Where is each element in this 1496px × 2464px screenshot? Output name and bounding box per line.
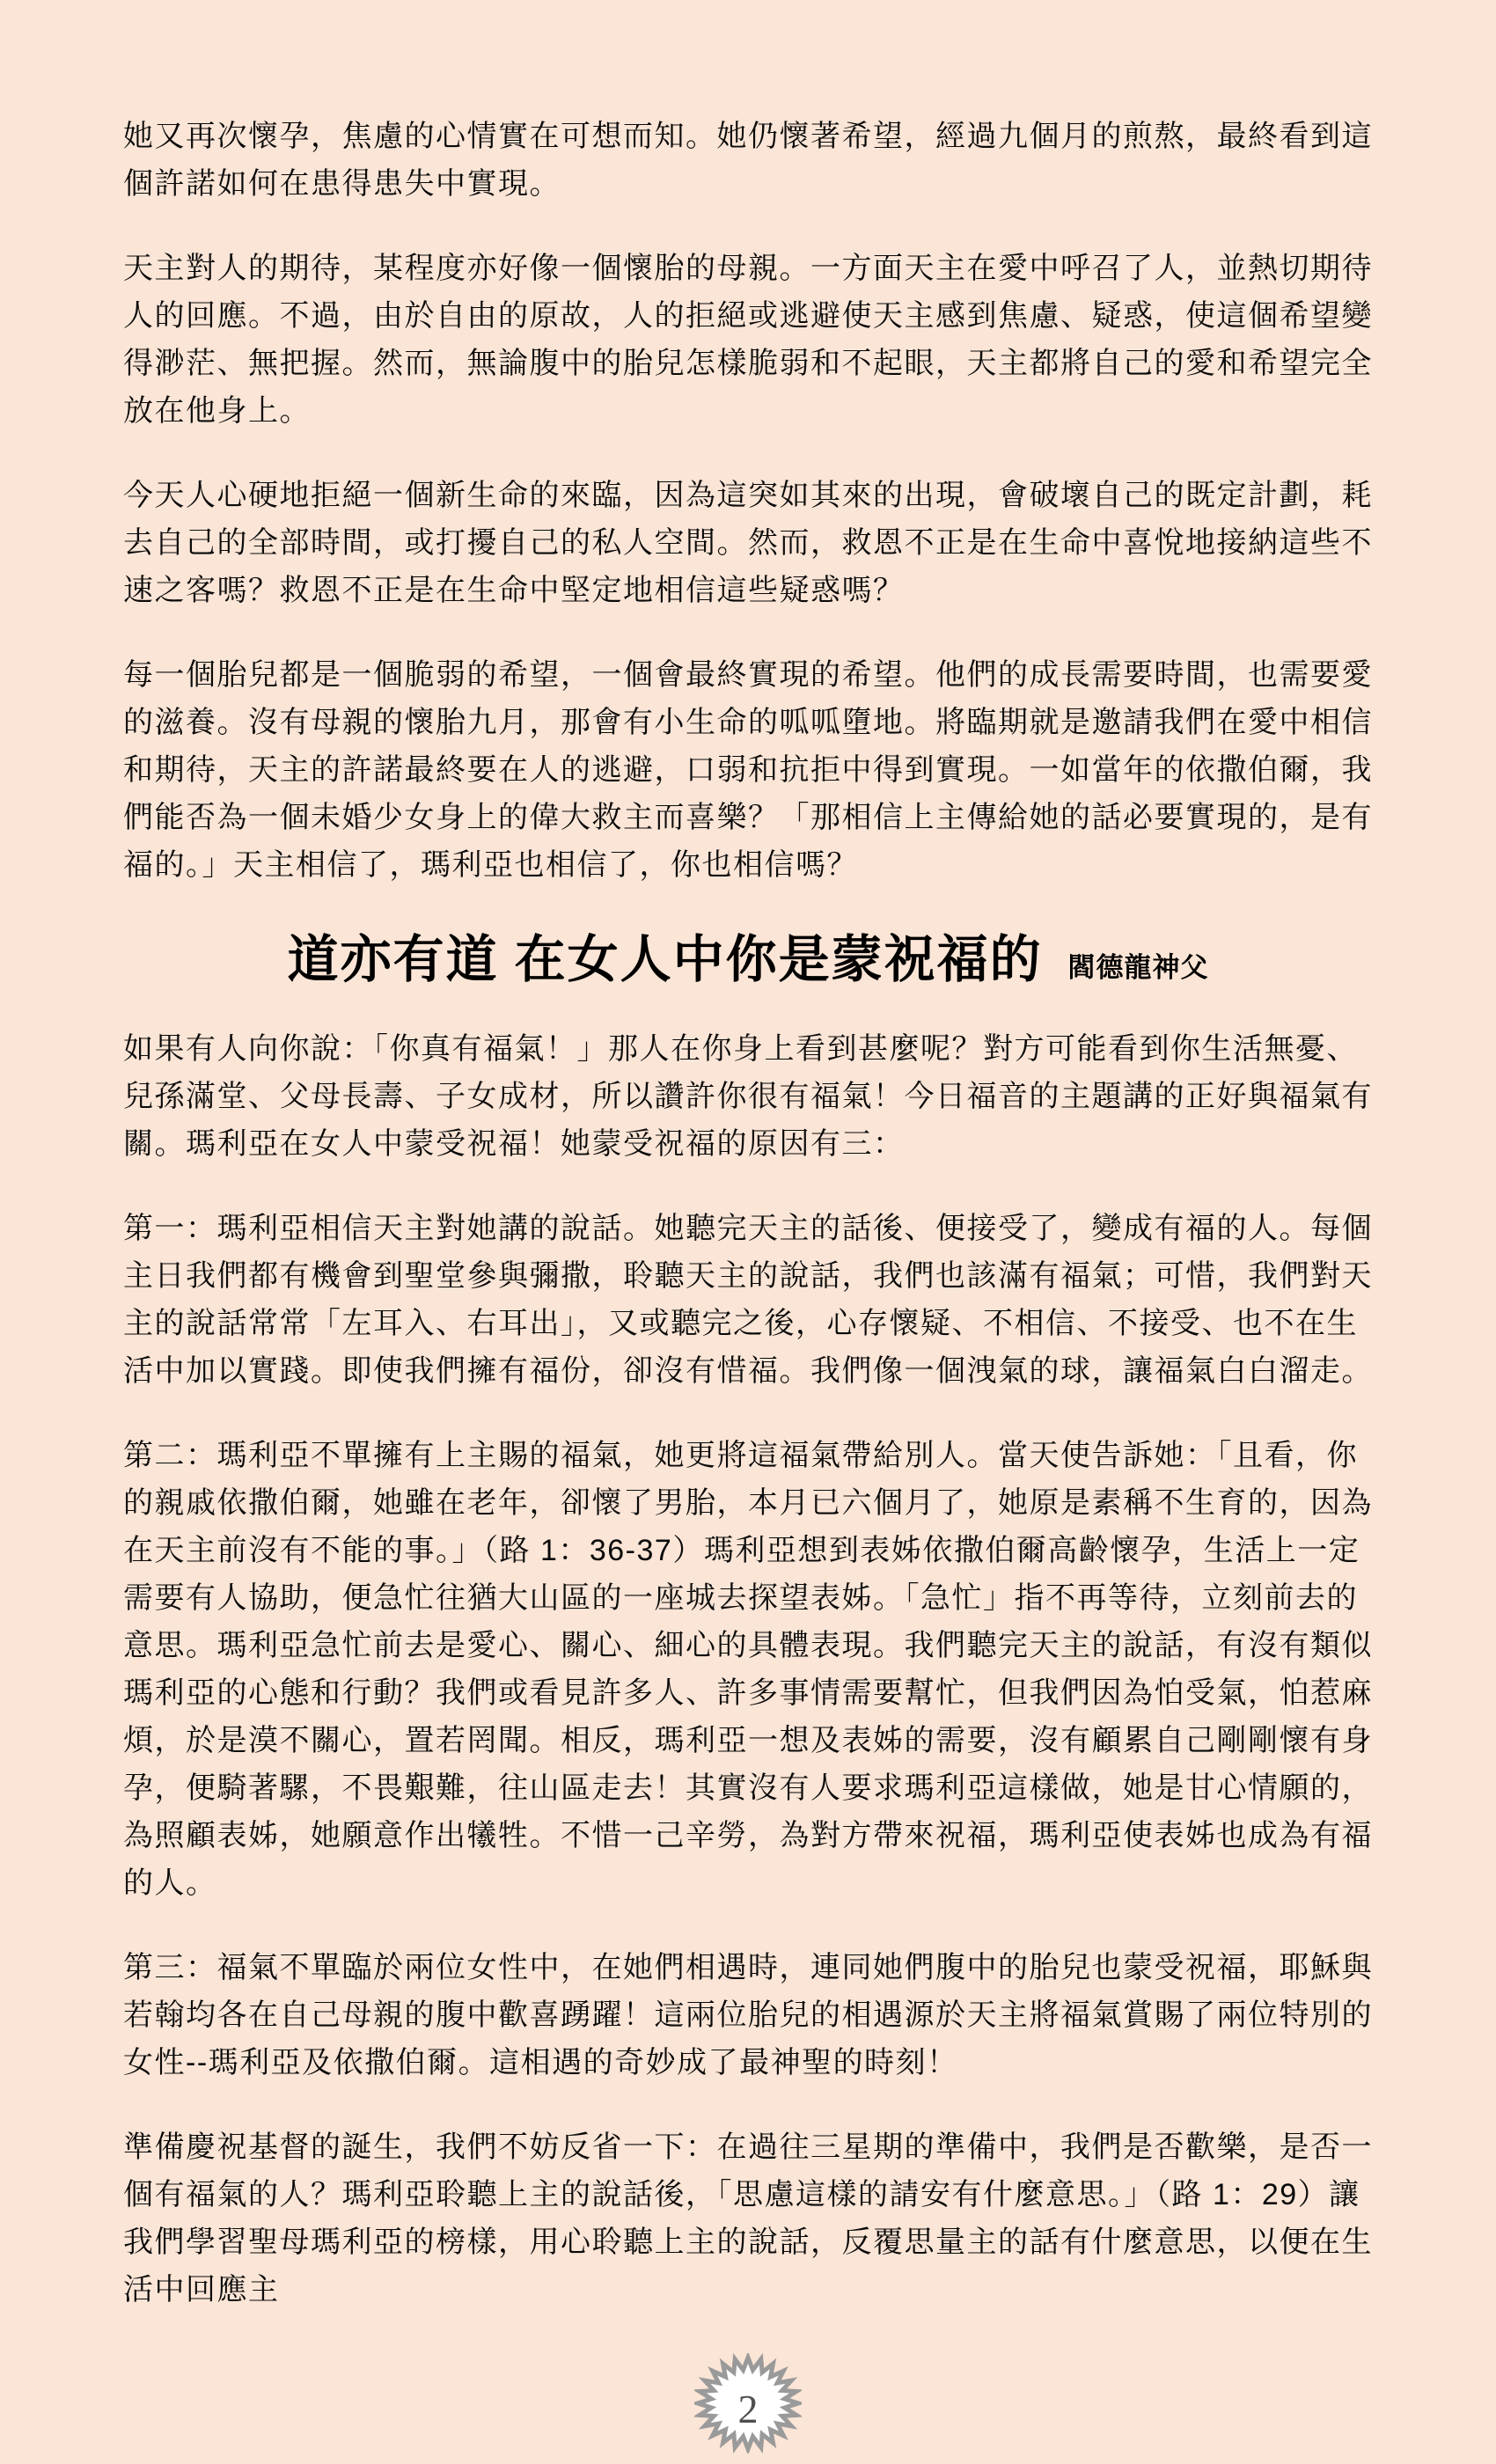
paragraph: 今天人心硬地拒絕一個新生命的來臨，因為這突如其來的出現，會破壞自己的既定計劃，耗…: [123, 472, 1373, 614]
page-number-badge: 2: [694, 2353, 802, 2453]
paragraph: 每一個胎兒都是一個脆弱的希望，一個會最終實現的希望。他們的成長需要時間，也需要愛…: [123, 651, 1373, 889]
paragraph: 第二：瑪利亞不單擁有上主賜的福氣，她更將這福氣帶給別人。當天使告訴她：「且看，你…: [123, 1432, 1373, 1907]
paragraph: 準備慶祝基督的誕生，我們不妨反省一下：在過往三星期的準備中，我們是否歡樂，是否一…: [123, 2123, 1373, 2314]
section-title: 道亦有道 在女人中你是蒙祝福的: [287, 931, 1042, 988]
paragraph: 第一：瑪利亞相信天主對她講的說話。她聽完天主的話後、便接受了，變成有福的人。每個…: [123, 1205, 1373, 1395]
paragraph: 天主對人的期待，某程度亦好像一個懷胎的母親。一方面天主在愛中呼召了人，並熱切期待…: [123, 245, 1373, 435]
document-page: 她又再次懷孕，焦慮的心情實在可想而知。她仍懷著希望，經過九個月的煎熬，最終看到這…: [0, 0, 1496, 2464]
page-number: 2: [694, 2358, 802, 2459]
section-heading: 道亦有道 在女人中你是蒙祝福的 閻德龍神父: [123, 926, 1373, 1002]
paragraph: 她又再次懷孕，焦慮的心情實在可想而知。她仍懷著希望，經過九個月的煎熬，最終看到這…: [123, 113, 1373, 208]
paragraph: 第三：福氣不單臨於兩位女性中，在她們相遇時，連同她們腹中的胎兒也蒙受祝福，耶穌與…: [123, 1944, 1373, 2086]
text-column: 她又再次懷孕，焦慮的心情實在可想而知。她仍懷著希望，經過九個月的煎熬，最終看到這…: [0, 0, 1496, 2314]
section-author: 閻德龍神父: [1068, 952, 1209, 983]
paragraph: 如果有人向你說：「你真有福氣！」那人在你身上看到甚麼呢？對方可能看到你生活無憂、…: [123, 1025, 1373, 1168]
